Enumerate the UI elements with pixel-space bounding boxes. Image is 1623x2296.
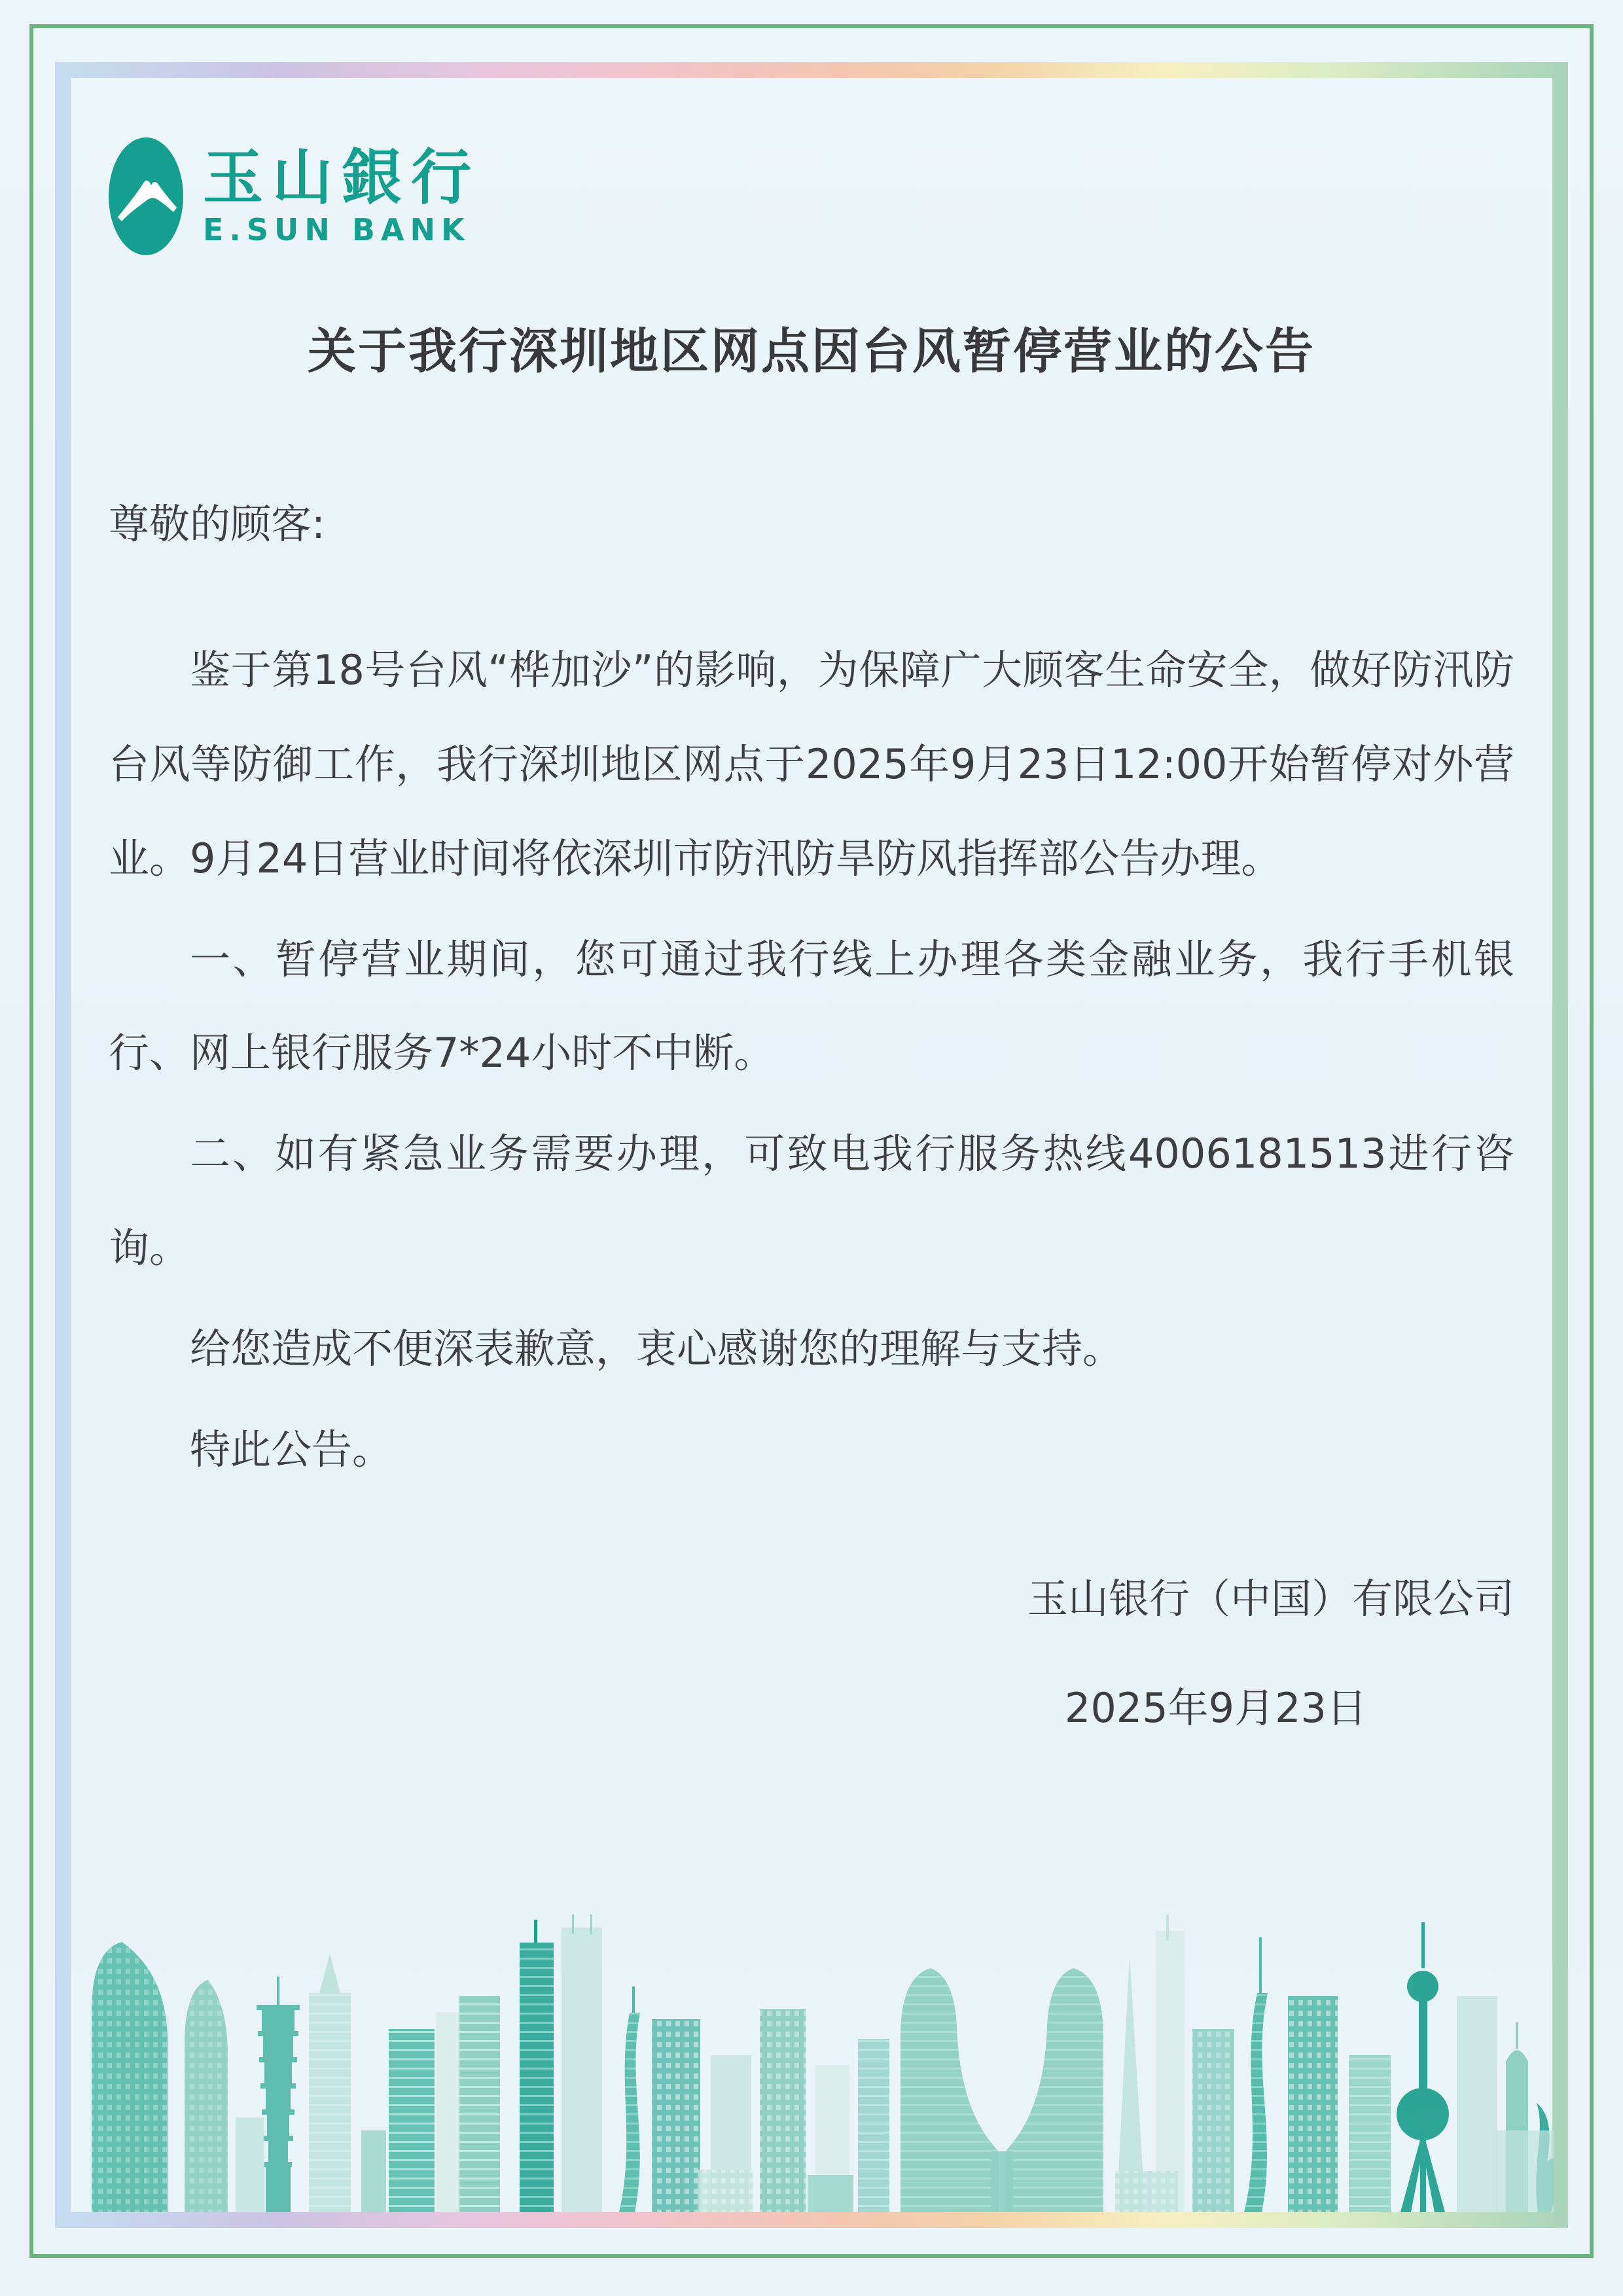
announcement-page: 玉山銀行 E.SUN BANK 关于我行深圳地区网点因台风暂停营业的公告 尊敬的…: [0, 0, 1623, 2296]
esun-mountain-logo-icon: [109, 137, 183, 255]
body-paragraph-3: 二、如有紧急业务需要办理，可致电我行服务热线4006181513进行咨询。: [109, 1107, 1514, 1295]
logo-bank-name-chinese: 玉山銀行: [203, 148, 480, 208]
city-skyline-illustration: [69, 1914, 1554, 2212]
esun-bank-logo: 玉山銀行 E.SUN BANK: [109, 137, 1514, 255]
logo-bank-name-english: E.SUN BANK: [203, 215, 480, 245]
salutation: 尊敬的顾客:: [109, 504, 1514, 545]
body-paragraph-5: 特此公告。: [109, 1403, 1514, 1497]
content-area: 玉山銀行 E.SUN BANK 关于我行深圳地区网点因台风暂停营业的公告 尊敬的…: [109, 137, 1514, 1729]
body-paragraph-1: 鉴于第18号台风“桦加沙”的影响，为保障广大顾客生命安全，做好防汛防台风等防御工…: [109, 623, 1514, 905]
announcement-title: 关于我行深圳地区网点因台风暂停营业的公告: [109, 324, 1514, 380]
body-paragraph-2: 一、暂停营业期间，您可通过我行线上办理各类金融业务，我行手机银行、网上银行服务7…: [109, 912, 1514, 1101]
body-paragraph-4: 给您造成不便深表歉意，衷心感谢您的理解与支持。: [109, 1302, 1514, 1396]
signature-company: 玉山银行（中国）有限公司: [109, 1579, 1514, 1619]
signature-block: 玉山银行（中国）有限公司 2025年9月23日: [109, 1579, 1514, 1729]
logo-text-block: 玉山銀行 E.SUN BANK: [203, 148, 480, 245]
signature-date: 2025年9月23日: [109, 1688, 1514, 1729]
